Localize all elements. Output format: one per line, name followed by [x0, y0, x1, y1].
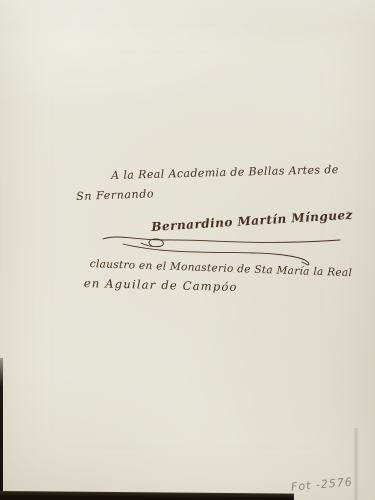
paper-top-highlight	[0, 0, 375, 26]
paper-fold-shadow	[353, 428, 359, 500]
paper-edge-shadow-left	[0, 358, 3, 500]
handwritten-dedication-line-2: Sn Fernando	[76, 187, 154, 203]
paper-edge-shadow-bottom	[0, 491, 294, 500]
archival-photo-verso: A la Real Academia de Bellas Artes de Sn…	[0, 0, 375, 500]
